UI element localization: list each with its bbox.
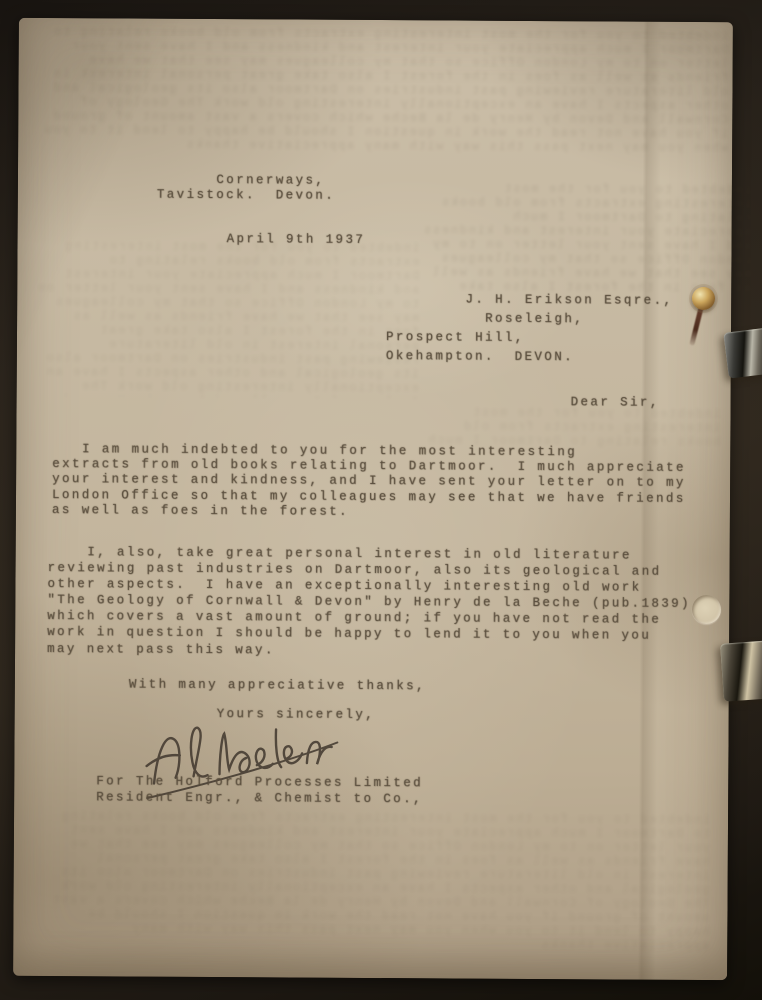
metal-clip-top bbox=[723, 327, 762, 378]
closing-thanks: With many appreciative thanks, bbox=[129, 678, 426, 695]
sender-address: Cornerways, Tavistock. Devon. bbox=[157, 173, 335, 204]
recipient-address: J. H. Erikson Esqre., Roseleigh, Prospec… bbox=[386, 290, 674, 368]
letter-date: April 9th 1937 bbox=[227, 232, 366, 248]
salutation: Dear Sir, bbox=[571, 395, 660, 411]
signatory-role: Resident Engr., & Chemist to Co., bbox=[96, 790, 423, 807]
ghost-text-right: indebted to you for the most interesting… bbox=[421, 182, 752, 292]
ghost-text-bottom: indebted to you for the most interesting… bbox=[37, 810, 710, 972]
ghost-text-under-salutation: indebted to you for the most interesting… bbox=[420, 406, 720, 450]
paper-sheet: indebted to you for the most interesting… bbox=[13, 18, 733, 980]
brass-fastener bbox=[692, 287, 715, 310]
body-paragraph-1: I am much indebted to you for the most i… bbox=[52, 442, 686, 522]
metal-clip-bottom bbox=[720, 640, 762, 701]
company-name: For The Holford Processes Limited bbox=[96, 774, 423, 791]
photo-of-letter: indebted to you for the most interesting… bbox=[0, 0, 762, 1000]
punch-hole bbox=[692, 595, 721, 624]
ghost-text-left: indebted to you for the most interesting… bbox=[29, 240, 420, 398]
body-paragraph-2: I, also, take great personal interest in… bbox=[47, 544, 691, 661]
ghost-text-top: indebted to you for the most interesting… bbox=[38, 26, 729, 180]
